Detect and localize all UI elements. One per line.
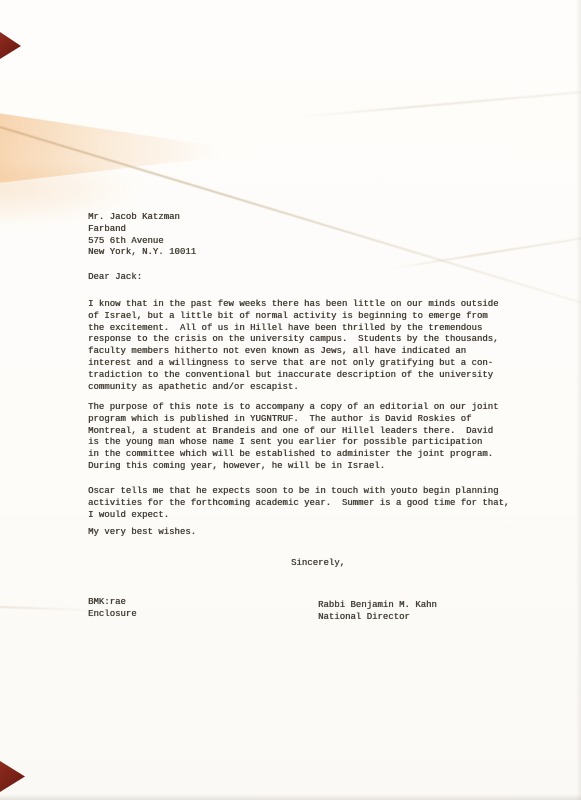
body-paragraph-3: Oscar tells me that he expects soon to b…	[88, 486, 509, 521]
closing-line: My very best wishes.	[88, 527, 196, 539]
enclosure-note: Enclosure	[88, 609, 137, 621]
fold-stain	[0, 111, 266, 185]
scan-edge-bottom	[0, 794, 581, 800]
typist-initials: BMK:rae	[88, 597, 126, 609]
salutation: Dear Jack:	[88, 272, 142, 284]
body-paragraph-2: The purpose of this note is to accompany…	[88, 402, 498, 473]
signature-name: Rabbi Benjamin M. Kahn	[318, 600, 437, 612]
crease-top-right	[298, 90, 581, 117]
body-paragraph-1: I know that in the past few weeks there …	[88, 299, 498, 393]
red-corner-mark-bottom	[0, 760, 25, 793]
valediction: Sincerely,	[291, 558, 345, 570]
crease-bottom-left	[0, 606, 96, 611]
recipient-address: Mr. Jacob Katzman Farband 575 6th Avenue…	[88, 212, 196, 259]
red-corner-mark-top	[0, 32, 21, 59]
scan-edge-right	[576, 0, 581, 800]
crease-right	[388, 236, 581, 270]
scanned-letter-page: Mr. Jacob Katzman Farband 575 6th Avenue…	[0, 0, 581, 800]
signature-title: National Director	[318, 612, 410, 624]
